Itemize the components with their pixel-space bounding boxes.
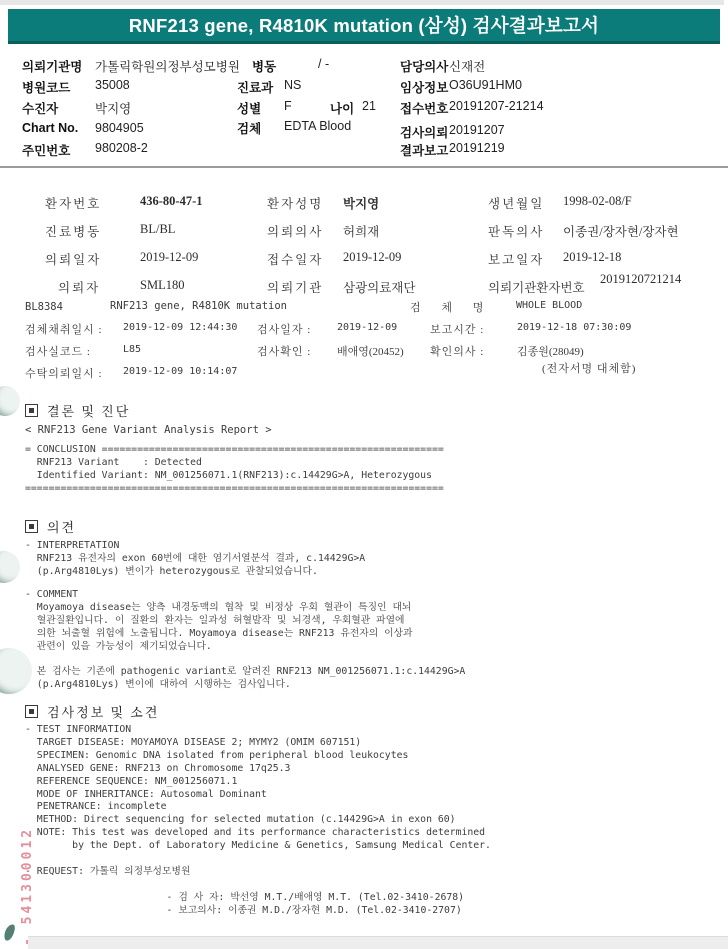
section-title: 결론 및 진단 (47, 401, 130, 420)
field-value: 1998-02-08/F (563, 194, 632, 209)
report-page: RNF213 gene, R4810K mutation (삼성) 검사결과보고… (0, 0, 728, 949)
field-value: 배애영(20452) (337, 343, 404, 359)
field-value: EDTA Blood (284, 119, 351, 133)
field-value: 삼광의료재단 (343, 278, 415, 296)
field-label: 성별 (237, 99, 261, 117)
field-label: 접수번호 (400, 99, 448, 117)
field-label: 병원코드 (22, 78, 70, 96)
field-value: 436-80-47-1 (140, 194, 203, 209)
section-marker-icon (25, 705, 38, 718)
field-value: 허희재 (343, 222, 379, 240)
field-label: 임상정보 (400, 78, 448, 96)
field-value: 35008 (95, 78, 130, 92)
field-label: 생년월일 (488, 194, 544, 212)
field-value: F (284, 99, 292, 113)
section-divider (0, 166, 728, 168)
field-label: 검체 (237, 119, 261, 137)
testinfo-text: - TEST INFORMATION TARGET DISEASE: MOYAM… (25, 724, 491, 918)
field-value: 9804905 (95, 121, 144, 135)
field-label: 환자번호 (45, 194, 101, 212)
conclusion-text: = CONCLUSION ===========================… (25, 444, 444, 496)
field-value: 2019-12-09 (343, 250, 401, 265)
field-label: 의뢰일자 (45, 250, 101, 268)
field-value: 20191207-21214 (449, 99, 544, 113)
test-name: RNF213 gene, R4810K mutation (110, 300, 287, 312)
field-value: 이종권/장자현/장자현 (563, 222, 679, 240)
field-label: 환자성명 (267, 194, 323, 212)
field-label: 수탁의뢰일시 : (25, 365, 103, 381)
field-value: 20191219 (449, 141, 505, 155)
field-label: 의뢰자 (58, 278, 100, 296)
comment-text: - COMMENT Moyamoya disease는 양측 내경동맥의 협착 … (25, 589, 465, 692)
field-label: 접수일자 (267, 250, 323, 268)
field-value: 2019-12-09 (140, 250, 198, 265)
field-label: 보고시간 : (430, 321, 484, 337)
testinfo-section-header: 검사정보 및 소견 (25, 702, 159, 721)
field-value: SML180 (140, 278, 184, 293)
field-value: / - (318, 57, 329, 71)
section-title: 의견 (47, 517, 76, 536)
field-label: 주민번호 (22, 141, 70, 159)
field-label: 검사확인 : (257, 343, 311, 359)
field-label: 병동 (252, 57, 276, 75)
field-value: WHOLE BLOOD (516, 300, 582, 311)
field-label: 진료과 (237, 78, 273, 96)
field-value: 980208-2 (95, 141, 148, 155)
field-label: 담당의사 (400, 57, 448, 75)
conclusion-section-header: 결론 및 진단 (25, 401, 130, 420)
scan-mark-artifact (3, 923, 15, 941)
field-value: 2019-12-09 12:44:30 (123, 322, 237, 333)
field-label: Chart No. (22, 121, 78, 135)
field-value: L85 (123, 344, 141, 355)
report-subtitle: < RNF213 Gene Variant Analysis Report > (25, 424, 272, 436)
field-value: 20191207 (449, 123, 505, 137)
field-label: 검 체 명 (410, 299, 492, 315)
opinion-section-header: 의견 (25, 517, 76, 536)
field-value: O36U91HM0 (449, 78, 522, 92)
field-value: 2019120721214 (600, 273, 712, 286)
field-label: 보고일자 (488, 250, 544, 268)
test-code: BL8384 (25, 301, 63, 313)
field-label: 수진자 (22, 99, 58, 117)
field-value: 박지영 (343, 194, 379, 212)
field-value: 2019-12-09 10:14:07 (123, 366, 237, 377)
field-label: 확인의사 : (430, 343, 484, 359)
section-marker-icon (25, 404, 38, 417)
field-label: 의뢰기관 (267, 278, 323, 296)
field-label: 결과보고 (400, 141, 448, 159)
field-label: 진료병동 (45, 222, 101, 240)
field-value: 김종원(28049) (517, 343, 584, 359)
title-bar: RNF213 gene, R4810K mutation (삼성) 검사결과보고… (8, 9, 720, 44)
field-label: 의뢰의사 (267, 222, 323, 240)
field-value: 가톨릭학원의정부성모병원 (95, 57, 240, 75)
scan-hole-artifact (0, 386, 20, 416)
field-label: 검사의뢰 (400, 123, 448, 141)
field-label: 의뢰기관명 (22, 57, 82, 75)
field-value: NS (284, 78, 301, 92)
field-label: 검사실코드 : (25, 343, 91, 359)
field-value: 2019-12-18 07:30:09 (517, 322, 631, 333)
e-signature-note: (전자서명 대체함) (542, 360, 636, 376)
section-title: 검사정보 및 소견 (47, 702, 159, 721)
field-label: 의뢰기관환자번호 (488, 278, 585, 296)
field-label: 나이 (330, 99, 354, 117)
field-value: 21 (362, 99, 376, 113)
field-value: 2019-12-18 (563, 250, 621, 265)
scan-edge-strip (28, 936, 728, 949)
page-title: RNF213 gene, R4810K mutation (삼성) 검사결과보고… (129, 12, 599, 38)
scan-hole-artifact (0, 551, 20, 583)
vertical-margin-code: - 541300012 (20, 827, 35, 946)
section-marker-icon (25, 520, 38, 533)
field-value: BL/BL (140, 222, 175, 237)
scan-edge-strip (0, 0, 724, 5)
field-value: 신재전 (449, 57, 485, 75)
field-label: 판독의사 (488, 222, 544, 240)
field-label: 검사일자 : (257, 321, 311, 337)
interpretation-text: - INTERPRETATION RNF213 유전자의 exon 60번에 대… (25, 540, 365, 579)
field-value: 2019-12-09 (337, 322, 397, 333)
field-value: 박지영 (95, 99, 131, 117)
field-label: 검체채취일시 : (25, 321, 103, 337)
